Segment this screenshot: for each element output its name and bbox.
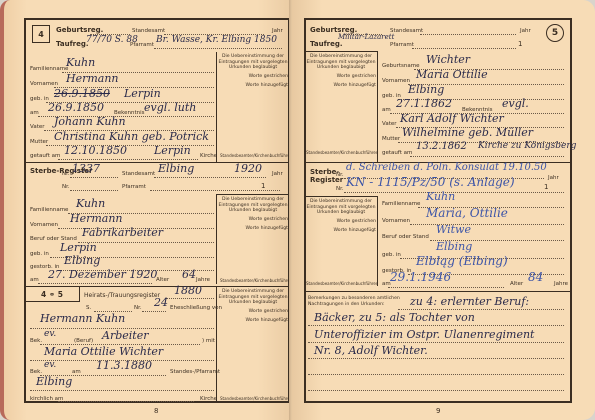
marriage-nr-label: Nr. [134,305,142,311]
death-surname-label: Familienname [30,207,68,213]
certification-text: Die Uebereinstimmung der Eintragungen mi… [306,199,375,215]
dotted-line [70,177,118,178]
groom-value: Hermann Kuhn [40,312,125,325]
father-value: Karl Adolf Wichter [400,112,504,125]
column-divider [377,51,378,162]
died-in-value: Elbing [64,254,100,267]
words-added-label: Worte hinzugefügt [306,228,376,234]
marriage-nr-value: 24 [154,296,168,309]
dotted-line [412,48,516,49]
words-struck-label: Worte gestrichen [218,309,288,315]
age-label: Alter [510,281,523,287]
death-given-names-label: Vornamen [30,222,58,228]
certification-box: Die Uebereinstimmung der Eintragungen mi… [218,197,288,232]
dotted-line [166,298,214,299]
death-date-value: 29.1.1946 [390,270,451,284]
died-in-value: Elbląg (Elbing) [416,254,508,268]
page-number: 9 [436,407,440,415]
death-given-names-value: Hermann [70,212,123,225]
certification-text: Die Uebereinstimmung der Eintragungen mi… [306,54,375,70]
birth-date-value: 27.1.1862 [396,97,452,110]
column-divider [216,52,217,162]
dotted-line [388,287,504,288]
mother-value: Wilhelmine geb. Müller [402,126,533,139]
marriage-entry-box: 4 ⚭ 5 [24,286,80,302]
baptized-on-value: 12.10.1850 [64,144,127,157]
dotted-line [78,242,214,243]
certification-box: Die Uebereinstimmung der Eintragungen mi… [218,289,288,324]
baptism-register-value: Militär-Lazarett [338,33,394,41]
given-names-value: Hermann [66,72,119,85]
certification-text: Die Uebereinstimmung der Eintragungen mi… [218,197,287,213]
remarks-line-1: zu 4: erlernter Beruf: [410,295,529,308]
death-given-names-value: Maria, Ottilie [426,206,508,220]
confession-value: evgl. luth [144,101,196,114]
registrar-footer: Standesbeamter/Kirchenbuchführer [306,281,378,286]
section-divider [304,196,377,197]
section-divider [304,51,377,52]
remarks-label: Bemerkungen zu besonderen amtlichen Nach… [308,296,408,308]
year-label: Jahr [520,28,531,34]
marriage-church-label: Kirche [200,396,217,402]
registrar-footer: Standesbeamter/Kirchenbuchführer [306,150,378,155]
dotted-line [308,325,564,326]
death-office-value: Elbing [158,162,194,175]
baptized-on-label: getauft am [382,150,412,156]
marriage-register-label: Heirats-/Trauungsregister [84,292,160,299]
dotted-line [150,190,280,191]
certification-box: Die Uebereinstimmung der Eintragungen mi… [218,54,288,89]
page-number: 8 [154,407,158,415]
death-date-value: 27. Dezember 1920 [48,268,157,281]
words-added-label: Worte hinzugefügt [218,318,288,324]
baptized-on-value: 13.2.1862 [416,141,467,152]
occupation-label: Beruf oder Stand [382,234,429,240]
death-line1-value: d. Schreiben d. Poln. Konsulat 19.10.50 [346,162,547,173]
death-surname-value: Kuhn [76,197,105,210]
death-given-names-label: Vornamen [382,218,410,224]
column-divider [377,196,378,286]
dotted-line [70,190,118,191]
words-added-label: Worte hinzugefügt [218,83,288,89]
left-page: 4 Geburtsreg. Standesamt Jahr Taufreg. 7… [0,0,292,420]
dotted-line [308,342,564,343]
father-value: Johann Kuhn [54,115,126,128]
confession-value: evgl. [502,97,529,110]
death-born-in-label: geb. in [30,251,49,257]
years-label: Jahre [554,281,568,287]
death-year-label: Jahr [548,175,559,181]
father-label: Vater [382,121,397,127]
occupation-value: Witwe [436,223,471,236]
death-born-in-label: geb. in [382,252,401,258]
parish-count: 1 [518,40,522,48]
dotted-line [38,283,152,284]
words-struck-label: Worte gestrichen [218,74,288,80]
church-value: Lerpin [154,144,191,157]
nr2-label: Nr. [336,186,344,192]
dotted-line [308,390,564,391]
dotted-line [398,309,564,310]
registrar-footer: Standesbeamter/Kirchenbuchführer [220,153,292,158]
years-label: Jahre [196,277,210,283]
church-label: Kirche [200,153,217,159]
dotted-line [154,48,282,49]
s-label: S. [86,305,91,311]
nr-label: Nr. [62,171,70,177]
section-divider [216,194,290,195]
death-register-label: Sterbe-Register [310,168,336,184]
entry-number-box: 4 [32,25,50,43]
death-year-value: 1920 [234,162,262,175]
baptism-register-label: Taufreg. [56,40,89,48]
death-parish-count: 1 [261,182,265,190]
year-label: Jahr [272,28,283,34]
certification-text: Die Uebereinstimmung der Eintragungen mi… [218,289,287,305]
remarks-line-3: Unteroffizier im Ostpr. Ulanenregiment [314,328,534,341]
age-value: 84 [528,270,543,284]
baptism-register-label: Taufreg. [310,40,343,48]
mother-value: Christina Kuhn geb. Potrick [54,130,209,143]
marriage-date-value: 11.3.1880 [96,359,152,372]
registry-office-label: Standesamt [132,28,165,34]
bride-confession-value: ev. [44,360,56,370]
column-divider [216,194,217,284]
death-surname-value: Kuhn [426,190,455,203]
registry-office-label: Standesamt [390,28,423,34]
death-parish-label: Pfarramt [122,184,146,190]
given-names-label: Vornamen [382,78,410,84]
dotted-line [308,358,564,359]
section-divider [304,291,572,292]
death-parish-count: 1 [544,183,548,191]
church-value: Kirche zu Königsberg [478,141,576,151]
birth-date-value: 26.9.1850 [48,101,104,114]
words-struck-label: Worte gestrichen [306,219,376,225]
bride-value: Maria Ottilie Wichter [44,345,163,358]
surname-value: Kuhn [66,56,95,69]
nr-label: Nr. [336,172,344,178]
parish-office-label: Pfarramt [390,42,414,48]
given-names-value: Maria Ottilie [416,68,488,81]
death-year-label: Jahr [272,171,283,177]
dotted-line [142,311,166,312]
words-struck-label: Worte gestrichen [306,74,376,80]
dotted-line [30,390,214,391]
marriage-office-value: Elbing [36,375,72,388]
words-struck-label: Worte gestrichen [218,217,288,223]
right-page: Geburtsreg. Standesamt Jahr 5 Taufreg. M… [292,0,595,420]
dotted-line [308,374,564,375]
born-in-value: Lerpin [124,87,161,100]
age-value: 64 [182,268,196,281]
dotted-line [420,34,516,35]
dotted-line [58,159,198,160]
words-added-label: Worte hinzugefügt [218,226,288,232]
registrar-footer: Standesbeamter/Kirchenbuchführer [220,396,292,401]
marriage-of-label: Eheschließung von [170,305,222,311]
column-divider [216,286,217,403]
certification-box: Die Uebereinstimmung der Eintragungen mi… [306,199,376,234]
groom-occupation-value: Arbeiter [102,329,148,342]
dotted-line [154,177,266,178]
death-line2-value: KN - 1115/Pz/50 (s. Anlage) [346,175,515,189]
death-office-label: Standesamt [122,171,155,177]
born-in-value: Elbing [408,83,444,96]
death-born-in-value: Lerpin [60,241,97,254]
occupation-value: Fabrikarbeiter [82,226,163,239]
birth-name-value: Wichter [426,53,470,66]
born-in-struck-value: 26.9.1850 [54,87,110,100]
words-added-label: Worte hinzugefügt [306,83,376,89]
marriage-office-label: Standes-/Pfarramt [170,369,220,375]
entry-number-circle: 5 [546,24,564,42]
groom-confession-value: ev. [44,329,56,339]
dotted-line [410,224,564,225]
remarks-line-4: Nr. 8, Adolf Wichter. [314,344,428,357]
age-label: Alter [156,277,169,283]
remarks-line-2: Bäcker, zu 5: als Tochter von [314,311,475,324]
registrar-footer: Standesbeamter/Kirchenbuchführer [220,278,292,283]
dotted-line [58,401,194,402]
certification-box: Die Uebereinstimmung der Eintragungen mi… [306,54,376,89]
certification-text: Die Uebereinstimmung der Eintragungen mi… [218,54,287,70]
birth-register-label: Geburtsreg. [56,26,103,34]
death-surname-label: Familienname [382,201,420,207]
marriage-year-value: 1880 [174,284,202,297]
parish-office-label: Pfarramt [130,42,154,48]
death-nr-value: 1337 [72,162,100,175]
father-label: Vater [30,124,45,130]
death-born-in-value: Elbing [436,240,472,253]
with-label: ) mit [202,338,215,344]
dotted-line [410,156,564,157]
baptized-on-label: getauft am [30,153,60,159]
nr2-label: Nr. [62,184,70,190]
parish-office-value: Br. Wasse, Kr. Elbing 1850 [156,35,277,45]
